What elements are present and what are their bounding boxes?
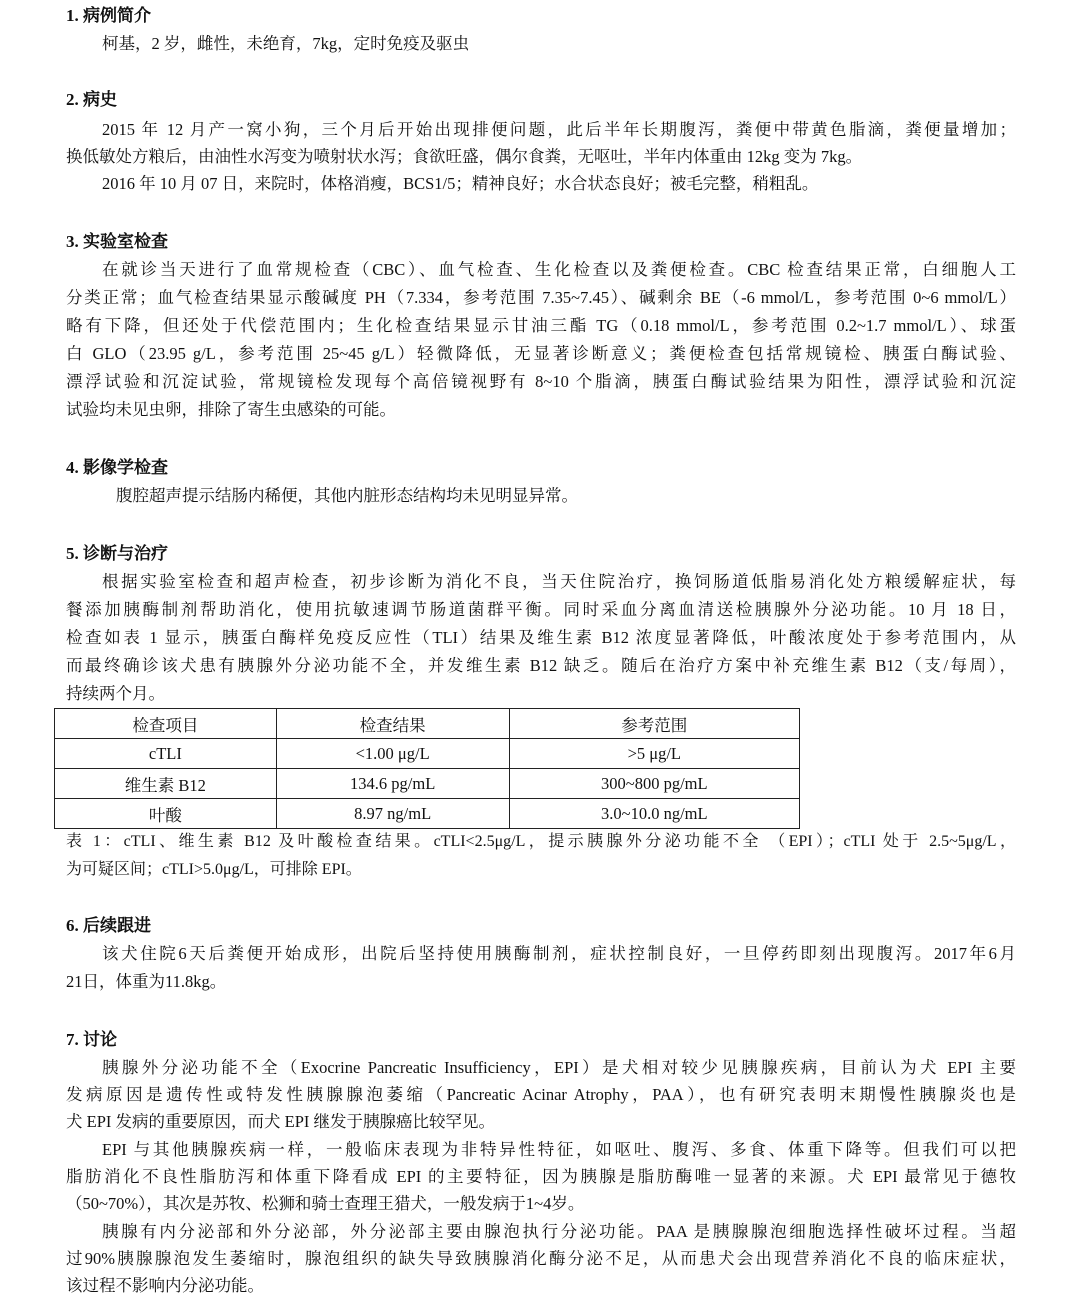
table-row: cTLI <1.00 μg/L >5 μg/L — [55, 739, 800, 769]
paragraph-line: 胰腺有内分泌部和外分泌部，外分泌部主要由腺泡执行分泌功能。PAA 是胰腺腺泡细胞… — [66, 1220, 1016, 1244]
table-cell: 300~800 pg/mL — [509, 769, 799, 799]
paragraph-line: 白 GLO（23.95 g/L，参考范围 25~45 g/L）轻微降低，无显著诊… — [66, 342, 1016, 366]
paragraph-line: EPI 与其他胰腺疾病一样，一般临床表现为非特异性特征，如呕吐、腹泻、多食、体重… — [66, 1138, 1016, 1162]
paragraph-line: 该犬住院6天后粪便开始成形，出院后坚持使用胰酶制剂，症状控制良好，一旦停药即刻出… — [66, 942, 1016, 966]
table-header-row: 检查项目 检查结果 参考范围 — [55, 709, 800, 739]
paragraph-line: 分类正常；血气检查结果显示酸碱度 PH（7.334，参考范围 7.35~7.45… — [66, 286, 1016, 310]
table-header-cell: 检查结果 — [276, 709, 509, 739]
section-title-case-intro: 1. 病例简介 — [66, 4, 151, 28]
paragraph-line: 胰腺外分泌功能不全（Exocrine Pancreatic Insufficie… — [66, 1056, 1016, 1080]
section-title-discussion: 7. 讨论 — [66, 1028, 117, 1052]
table-row: 维生素 B12 134.6 pg/mL 300~800 pg/mL — [55, 769, 800, 799]
paragraph-line: （50~70%），其次是苏牧、松狮和骑士查理王猎犬，一般发病于1~4岁。 — [66, 1192, 1016, 1216]
paragraph-line: 2016 年 10 月 07 日，来院时，体格消瘦，BCS1/5；精神良好；水合… — [66, 172, 1016, 196]
table-cell: 3.0~10.0 ng/mL — [509, 799, 799, 829]
paragraph-line: 腹腔超声提示结肠内稀便，其他内脏形态结构均未见明显异常。 — [66, 484, 1016, 508]
table-cell: 叶酸 — [55, 799, 277, 829]
table-cell: <1.00 μg/L — [276, 739, 509, 769]
table-cell: 134.6 pg/mL — [276, 769, 509, 799]
table-cell: 维生素 B12 — [55, 769, 277, 799]
table-caption-line: 表 1：cTLI、维生素 B12 及叶酸检查结果。cTLI<2.5μg/L，提示… — [66, 830, 1016, 854]
table-cell: cTLI — [55, 739, 277, 769]
paragraph-line: 试验均未见虫卵，排除了寄生虫感染的可能。 — [66, 398, 1016, 422]
paragraph-line: 该过程不影响内分泌功能。 — [66, 1274, 1016, 1298]
paragraph-line: 检查如表 1 显示，胰蛋白酶样免疫反应性（TLI）结果及维生素 B12 浓度显著… — [66, 626, 1016, 650]
section-title-history: 2. 病史 — [66, 88, 117, 112]
paragraph-line: 脂肪消化不良性脂肪泻和体重下降看成 EPI 的主要特征，因为胰腺是脂肪酶唯一显著… — [66, 1165, 1016, 1189]
section-title-follow-up: 6. 后续跟进 — [66, 914, 151, 938]
table-caption-line: 为可疑区间；cTLI>5.0μg/L，可排除 EPI。 — [66, 858, 1016, 882]
paragraph-line: 过90%胰腺腺泡发生萎缩时，腺泡组织的缺失导致胰腺消化酶分泌不足，从而患犬会出现… — [66, 1247, 1016, 1271]
paragraph-line: 犬 EPI 发病的重要原因，而犬 EPI 继发于胰腺癌比较罕见。 — [66, 1110, 1016, 1134]
table-cell: 8.97 ng/mL — [276, 799, 509, 829]
table-row: 叶酸 8.97 ng/mL 3.0~10.0 ng/mL — [55, 799, 800, 829]
section-title-lab-tests: 3. 实验室检查 — [66, 230, 168, 254]
paragraph-line: 换低敏处方粮后，由油性水泻变为喷射状水泻；食欲旺盛，偶尔食粪，无呕吐，半年内体重… — [66, 145, 1016, 169]
table-header-cell: 参考范围 — [509, 709, 799, 739]
paragraph-line: 略有下降，但还处于代偿范围内；生化检查结果显示甘油三酯 TG（0.18 mmol… — [66, 314, 1016, 338]
paragraph-line: 21日，体重为11.8kg。 — [66, 970, 1016, 994]
paragraph-line: 发病原因是遗传性或特发性胰腺腺泡萎缩（Pancreatic Acinar Atr… — [66, 1083, 1016, 1107]
paragraph-line: 2015 年 12 月产一窝小狗，三个月后开始出现排便问题，此后半年长期腹泻，粪… — [66, 118, 1016, 142]
paragraph-line: 而最终确诊该犬患有胰腺外分泌功能不全，并发维生素 B12 缺乏。随后在治疗方案中… — [66, 654, 1016, 678]
section-title-diagnosis-treatment: 5. 诊断与治疗 — [66, 542, 168, 566]
section-title-imaging: 4. 影像学检查 — [66, 456, 168, 480]
lab-results-table: 检查项目 检查结果 参考范围 cTLI <1.00 μg/L >5 μg/L 维… — [54, 708, 800, 829]
paragraph-line: 餐添加胰酶制剂帮助消化，使用抗敏速调节肠道菌群平衡。同时采血分离血清送检胰腺外分… — [66, 598, 1016, 622]
paragraph-line: 漂浮试验和沉淀试验，常规镜检发现每个高倍镜视野有 8~10 个脂滴，胰蛋白酶试验… — [66, 370, 1016, 394]
table-header-cell: 检查项目 — [55, 709, 277, 739]
paragraph-line: 在就诊当天进行了血常规检查（CBC）、血气检查、生化检查以及粪便检查。CBC 检… — [66, 258, 1016, 282]
paragraph-line: 柯基，2 岁，雌性，未绝育，7kg，定时免疫及驱虫 — [66, 32, 1016, 56]
table-cell: >5 μg/L — [509, 739, 799, 769]
paragraph-line: 持续两个月。 — [66, 682, 1016, 706]
paragraph-line: 根据实验室检查和超声检查，初步诊断为消化不良，当天住院治疗，换饲肠道低脂易消化处… — [66, 570, 1016, 594]
